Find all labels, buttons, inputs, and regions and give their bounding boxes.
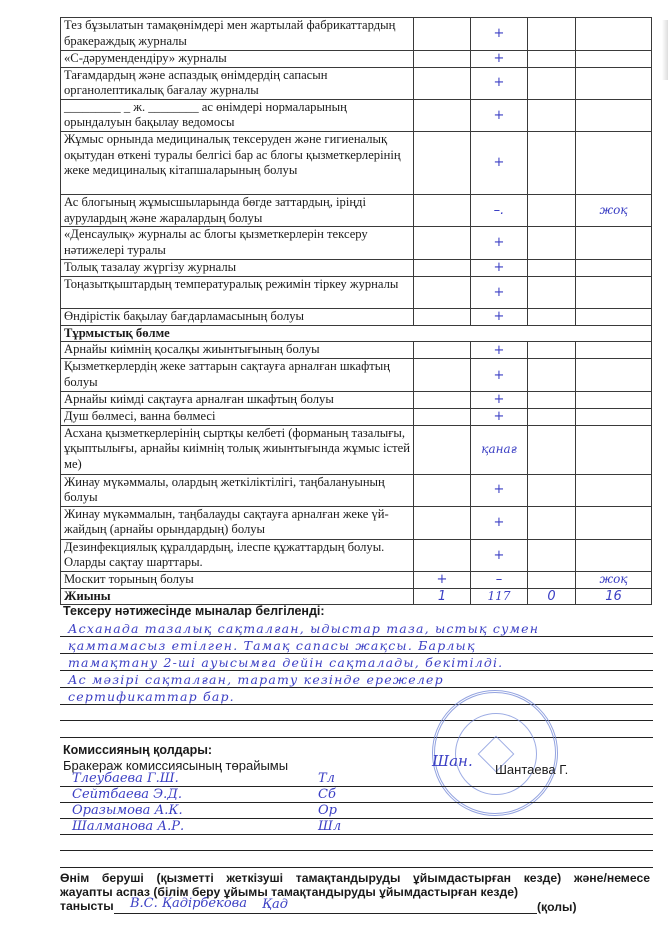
mark-cell-col-3 <box>528 539 576 571</box>
member-signature-line <box>60 850 653 851</box>
mark-cell-col-3 <box>528 67 576 99</box>
mark-cell-col-4 <box>576 474 652 506</box>
mark-cell-col-3 <box>528 131 576 194</box>
mark-cell-col-4 <box>576 260 652 277</box>
table-row: Қызметкерлердің жеке заттарын сақтауға а… <box>61 359 652 392</box>
table-row: Жинау мүкәммалын, таңбалауды сақтауға ар… <box>61 506 652 539</box>
mark-cell-col-4: 16 <box>576 588 652 605</box>
criterion-label: Қызметкерлердің жеке заттарын сақтауға а… <box>61 359 414 392</box>
table-row: Асхана қызметкерлерінің сыртқы келбеті (… <box>61 425 652 474</box>
mark-cell-col-4 <box>576 342 652 359</box>
mark-cell-col-4 <box>576 277 652 309</box>
mark-cell-col-2: + <box>471 359 528 392</box>
mark-cell-col-4: жоқ <box>576 194 652 226</box>
criterion-label: «Денсаулық» журналы ас блогы қызметкерле… <box>61 227 414 260</box>
mark-cell-col-3 <box>528 425 576 474</box>
mark-cell-col-1: 1 <box>414 588 471 605</box>
table-row: _________ _ ж. ________ ас өнімдері норм… <box>61 99 652 131</box>
mark-cell-col-2: + <box>471 260 528 277</box>
mark-cell-col-1 <box>414 277 471 309</box>
member-signature-line <box>60 834 653 835</box>
member-name: Оразымова А.К. <box>72 803 183 818</box>
criterion-label: Москит торының болуы <box>61 571 414 588</box>
mark-cell-col-3 <box>528 309 576 326</box>
section-row: Тұрмыстық бөлме <box>61 325 652 342</box>
criterion-label: Өндірістік бақылау бағдарламасының болуы <box>61 309 414 326</box>
mark-cell-col-2: + <box>471 342 528 359</box>
criterion-label: Дезинфекциялық құралдардың, ілеспе құжат… <box>61 539 414 571</box>
document-page: Тез бұзылатын тамақөнімдері мен жартылай… <box>0 0 668 950</box>
criterion-label: Тағамдардың және аспаздық өнімдердің сап… <box>61 67 414 99</box>
mark-cell-col-4 <box>576 408 652 425</box>
findings-rule-line <box>60 636 653 637</box>
table-row: Душ бөлмесі, ванна бөлмесі+ <box>61 408 652 425</box>
mark-cell-col-3 <box>528 359 576 392</box>
criterion-label: Арнайы киімді сақтауға арналған шкафтың … <box>61 392 414 409</box>
acquainted-signature-line <box>114 913 537 914</box>
findings-handwritten-text: Асханада тазалық сақталған, ыдыстар таза… <box>68 621 539 636</box>
mark-cell-col-2: + <box>471 277 528 309</box>
member-name: Шалманова А.Р. <box>72 819 184 834</box>
criterion-label: Арнайы киімнің қосалқы жиынтығының болуы <box>61 342 414 359</box>
mark-cell-col-4 <box>576 51 652 68</box>
acquainted-name: В.С. Қадірбекова <box>130 896 247 911</box>
table-row: Москит торының болуы+–жоқ <box>61 571 652 588</box>
mark-cell-col-2: + <box>471 99 528 131</box>
table-row: «С-дәрумендендіру» журналы+ <box>61 51 652 68</box>
mark-cell-col-2: + <box>471 227 528 260</box>
findings-rule-line <box>60 704 653 705</box>
mark-cell-col-1 <box>414 474 471 506</box>
table-row: Жұмыс орнында медициналық тексеруден жән… <box>61 131 652 194</box>
member-signature-line <box>60 867 653 868</box>
total-row: Жиыны1117016 <box>61 588 652 605</box>
findings-rule-line <box>60 687 653 688</box>
section-title: Тұрмыстық бөлме <box>61 325 652 342</box>
acquainted-label: танысты <box>60 900 114 914</box>
mark-cell-col-2: + <box>471 131 528 194</box>
findings-handwritten-text: қамтамасыз етілген. Тамақ сапасы жақсы. … <box>68 638 476 653</box>
member-name: Тлеубаева Г.Ш. <box>72 771 179 786</box>
mark-cell-col-3 <box>528 342 576 359</box>
mark-cell-col-1 <box>414 539 471 571</box>
mark-cell-col-1 <box>414 67 471 99</box>
mark-cell-col-1 <box>414 309 471 326</box>
findings-handwritten-text: Ас мәзірі сақталған, тарату кезінде ереж… <box>68 672 444 687</box>
table-row: Ас блогының жұмысшыларында бөгде заттард… <box>61 194 652 226</box>
criterion-label: Ас блогының жұмысшыларында бөгде заттард… <box>61 194 414 226</box>
chair-name: Шантаева Г. <box>495 762 568 777</box>
footer-line-1: Өнім беруші (қызметті жеткізуші тамақтан… <box>60 872 650 886</box>
mark-cell-col-4: жоқ <box>576 571 652 588</box>
member-signature: Шл <box>318 819 341 834</box>
mark-cell-col-4 <box>576 425 652 474</box>
mark-cell-col-3 <box>528 277 576 309</box>
findings-rule-line <box>60 653 653 654</box>
criterion-label: Жұмыс орнында медициналық тексеруден жән… <box>61 131 414 194</box>
mark-cell-col-3 <box>528 51 576 68</box>
signature-caption: (қолы) <box>537 901 577 915</box>
findings-rule-line <box>60 670 653 671</box>
findings-handwritten-text: тамақтану 2-ші ауысымға дейін сақталады,… <box>68 655 503 670</box>
criterion-label: _________ _ ж. ________ ас өнімдері норм… <box>61 99 414 131</box>
table-row: Арнайы киімді сақтауға арналған шкафтың … <box>61 392 652 409</box>
table-row: Жинау мүкәммалы, олардың жеткіліктілігі,… <box>61 474 652 506</box>
mark-cell-col-4 <box>576 99 652 131</box>
mark-cell-col-1 <box>414 506 471 539</box>
mark-cell-col-1 <box>414 18 471 51</box>
criterion-label: Жинау мүкәммалын, таңбалауды сақтауға ар… <box>61 506 414 539</box>
mark-cell-col-4 <box>576 359 652 392</box>
mark-cell-col-2: + <box>471 506 528 539</box>
mark-cell-col-3: 0 <box>528 588 576 605</box>
mark-cell-col-3 <box>528 474 576 506</box>
mark-cell-col-2: + <box>471 539 528 571</box>
member-name: Сейтбаева Э.Д. <box>72 787 182 802</box>
commission-heading: Комиссияның қолдары: <box>63 743 212 757</box>
criterion-label: Толық тазалау жүргізу журналы <box>61 260 414 277</box>
scan-edge <box>662 20 668 80</box>
inspection-checklist-table: Тез бұзылатын тамақөнімдері мен жартылай… <box>60 17 652 605</box>
table-row: Толық тазалау жүргізу журналы+ <box>61 260 652 277</box>
table-row: Тоңазытқыштардың температуралық режимін … <box>61 277 652 309</box>
mark-cell-col-2: + <box>471 67 528 99</box>
mark-cell-col-1 <box>414 392 471 409</box>
mark-cell-col-4 <box>576 392 652 409</box>
member-signature: Ор <box>318 803 337 818</box>
mark-cell-col-2: – <box>471 571 528 588</box>
mark-cell-col-1 <box>414 131 471 194</box>
mark-cell-col-1 <box>414 194 471 226</box>
mark-cell-col-1 <box>414 99 471 131</box>
member-signature: Тл <box>318 771 335 786</box>
mark-cell-col-4 <box>576 506 652 539</box>
mark-cell-col-3 <box>528 227 576 260</box>
mark-cell-col-1 <box>414 408 471 425</box>
mark-cell-col-2: + <box>471 309 528 326</box>
table-row: Арнайы киімнің қосалқы жиынтығының болуы… <box>61 342 652 359</box>
mark-cell-col-3 <box>528 194 576 226</box>
table-row: Дезинфекциялық құралдардың, ілеспе құжат… <box>61 539 652 571</box>
mark-cell-col-1 <box>414 260 471 277</box>
mark-cell-col-3 <box>528 506 576 539</box>
mark-cell-col-1 <box>414 51 471 68</box>
mark-cell-col-4 <box>576 67 652 99</box>
criterion-label: Жинау мүкәммалы, олардың жеткіліктілігі,… <box>61 474 414 506</box>
mark-cell-col-2: 117 <box>471 588 528 605</box>
mark-cell-col-3 <box>528 18 576 51</box>
mark-cell-col-4 <box>576 539 652 571</box>
mark-cell-col-3 <box>528 571 576 588</box>
mark-cell-col-2: + <box>471 408 528 425</box>
mark-cell-col-3 <box>528 99 576 131</box>
mark-cell-col-4 <box>576 227 652 260</box>
criterion-label: Душ бөлмесі, ванна бөлмесі <box>61 408 414 425</box>
mark-cell-col-4 <box>576 131 652 194</box>
mark-cell-col-1 <box>414 359 471 392</box>
mark-cell-col-2: –. <box>471 194 528 226</box>
mark-cell-col-3 <box>528 260 576 277</box>
member-signature: Сб <box>318 787 336 802</box>
table-row: Өндірістік бақылау бағдарламасының болуы… <box>61 309 652 326</box>
mark-cell-col-1 <box>414 227 471 260</box>
findings-rule-line <box>60 720 653 721</box>
mark-cell-col-1: + <box>414 571 471 588</box>
mark-cell-col-4 <box>576 18 652 51</box>
criterion-label: «С-дәрумендендіру» журналы <box>61 51 414 68</box>
criterion-label: Тоңазытқыштардың температуралық режимін … <box>61 277 414 309</box>
mark-cell-col-3 <box>528 408 576 425</box>
mark-cell-col-2: + <box>471 18 528 51</box>
acquainted-signature: Қад <box>262 897 288 912</box>
criterion-label: Жиыны <box>61 588 414 605</box>
criterion-label: Тез бұзылатын тамақөнімдері мен жартылай… <box>61 18 414 51</box>
criterion-label: Асхана қызметкерлерінің сыртқы келбеті (… <box>61 425 414 474</box>
table-row: «Денсаулық» журналы ас блогы қызметкерле… <box>61 227 652 260</box>
mark-cell-col-2: + <box>471 474 528 506</box>
table-row: Тағамдардың және аспаздық өнімдердің сап… <box>61 67 652 99</box>
mark-cell-col-1 <box>414 342 471 359</box>
mark-cell-col-2: + <box>471 51 528 68</box>
mark-cell-col-3 <box>528 392 576 409</box>
findings-handwritten-text: сертификаттар бар. <box>68 689 235 704</box>
mark-cell-col-1 <box>414 425 471 474</box>
mark-cell-col-2: қанағ <box>471 425 528 474</box>
findings-heading: Тексеру нәтижесінде мыналар белгіленді: <box>63 604 325 618</box>
findings-rule-line <box>60 737 653 738</box>
table-row: Тез бұзылатын тамақөнімдері мен жартылай… <box>61 18 652 51</box>
chair-signature: Шан. <box>432 752 473 770</box>
mark-cell-col-4 <box>576 309 652 326</box>
mark-cell-col-2: + <box>471 392 528 409</box>
